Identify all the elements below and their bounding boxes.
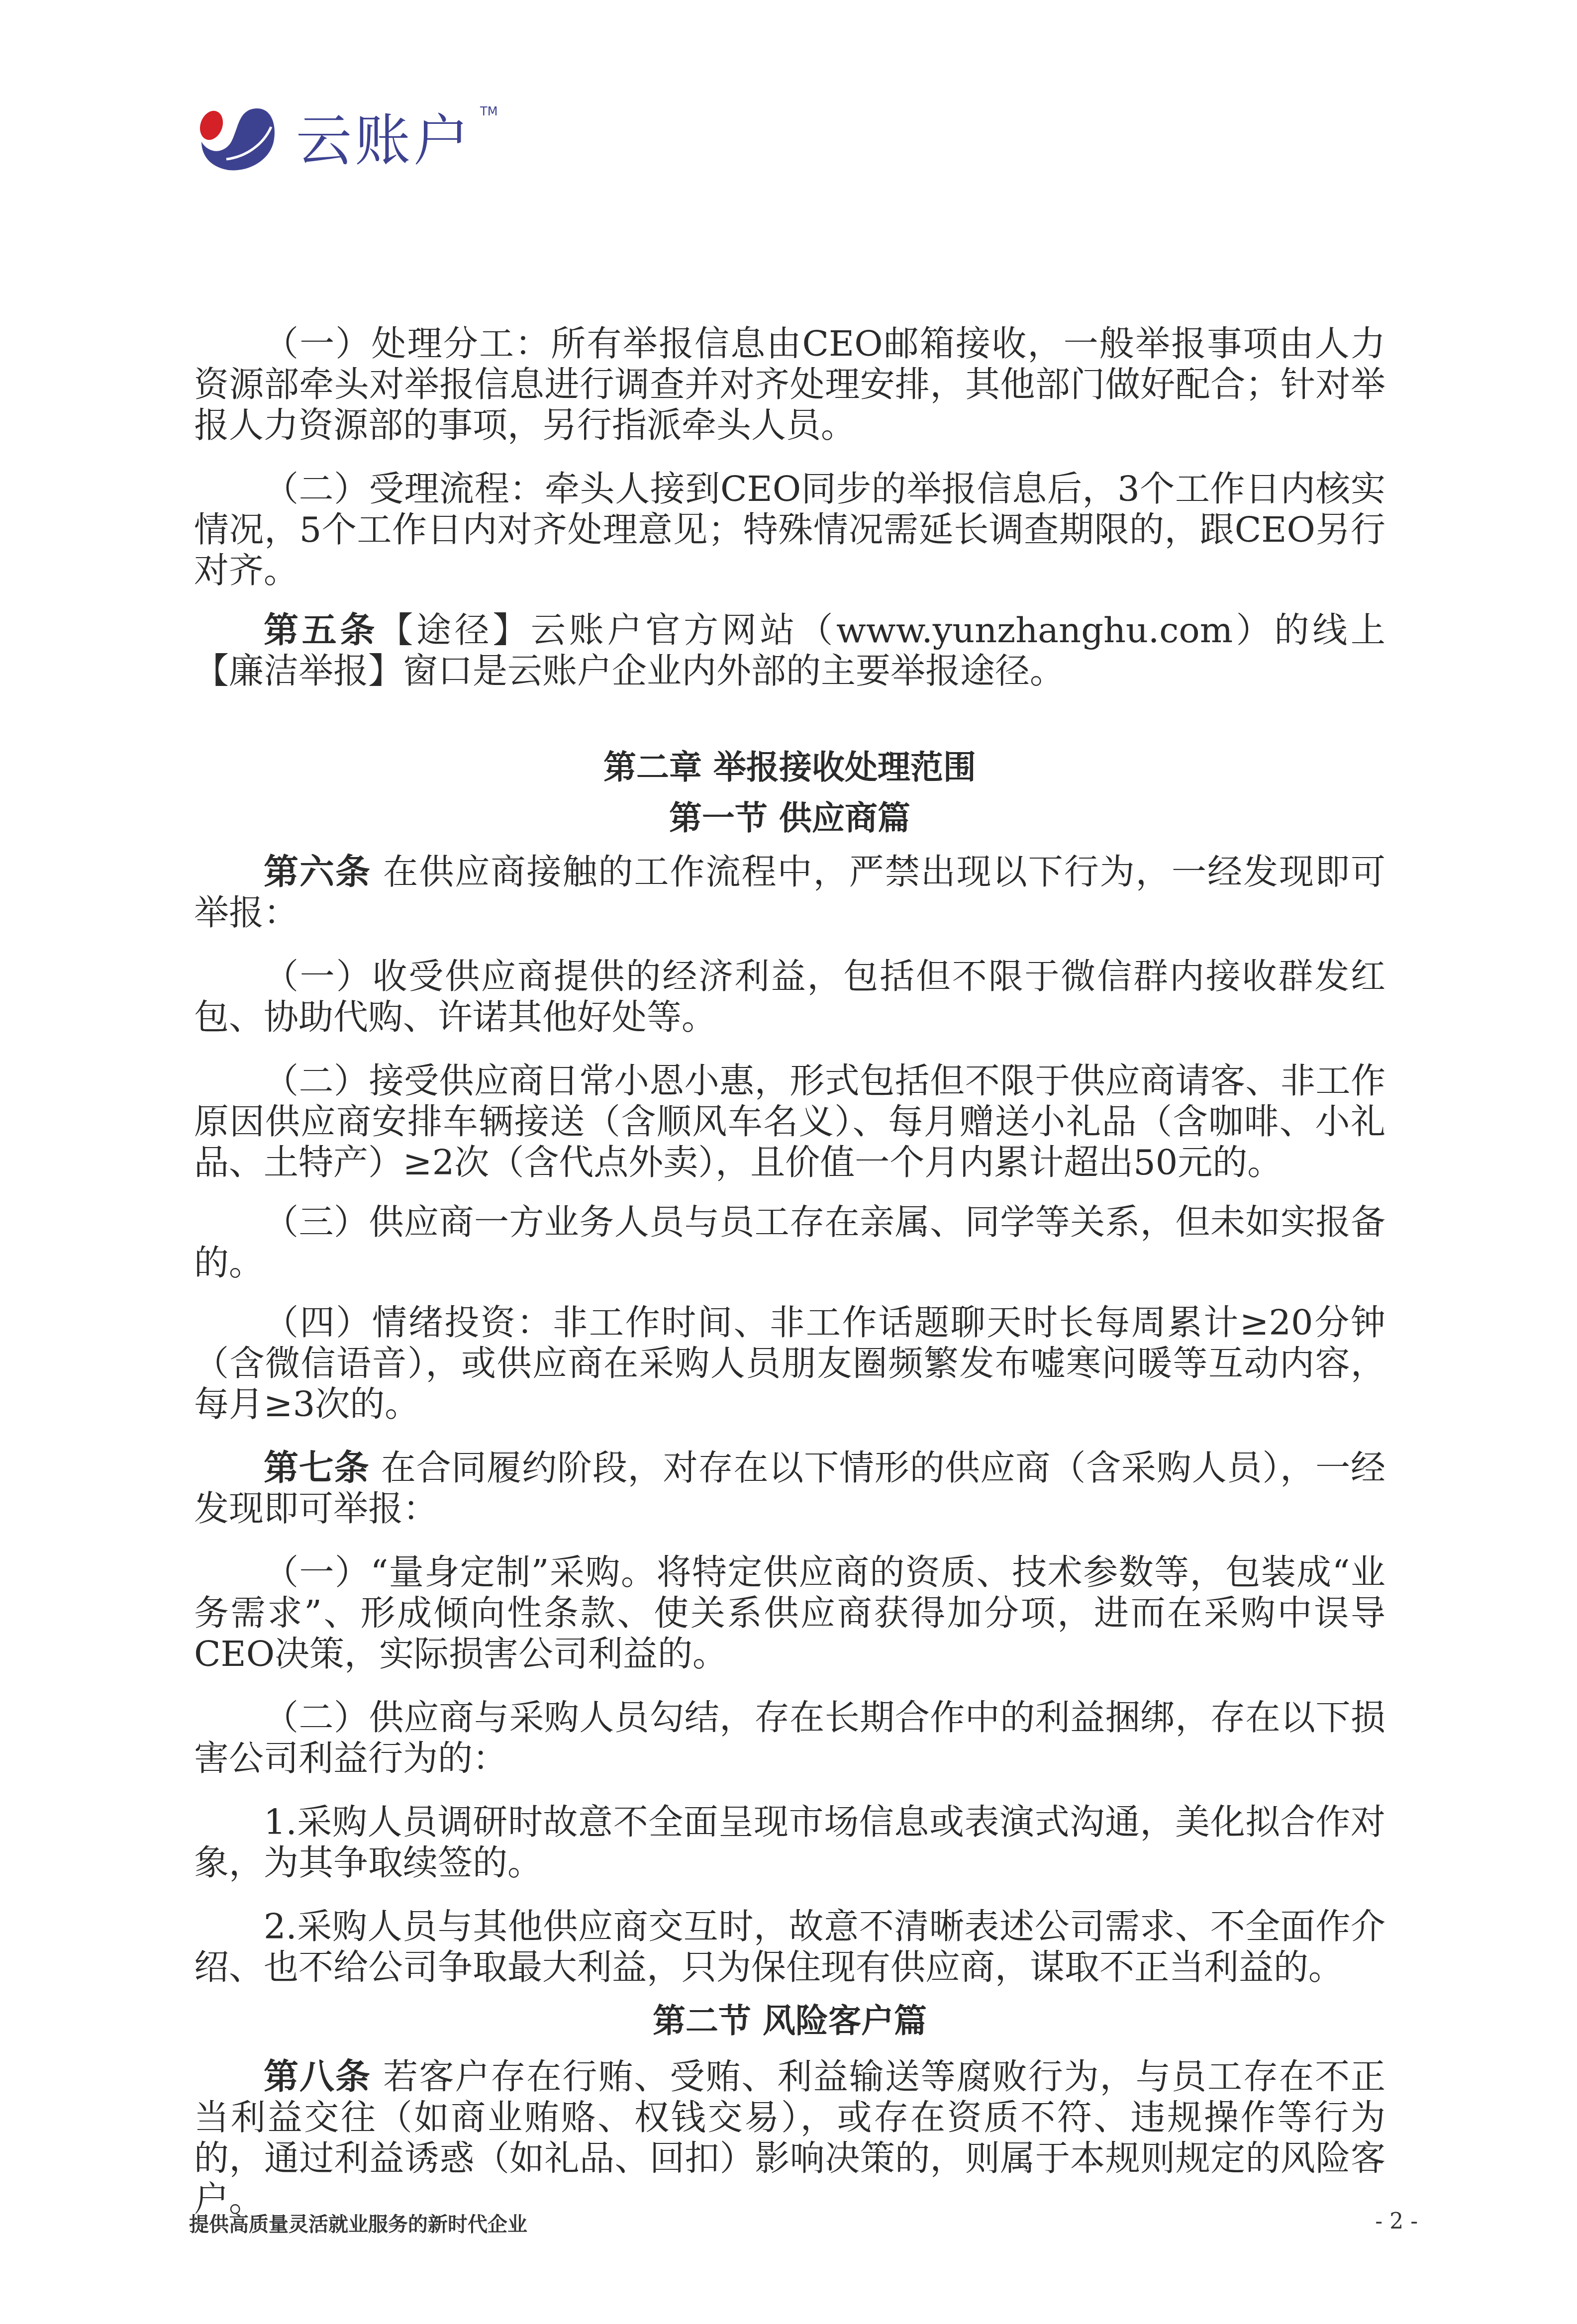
article-7-label: 第七条 <box>264 1448 370 1488</box>
article-7: 第七条 在合同履约阶段，对存在以下情形的供应商（含采购人员），一经发现即可举报： <box>194 1448 1385 1529</box>
article-6-text: 在供应商接触的工作流程中，严禁出现以下行为，一经发现即可举报： <box>194 852 1385 933</box>
paragraph-handling-division: （一）处理分工：所有举报信息由CEO邮箱接收，一般举报事项由人力资源部牵头对举报… <box>194 323 1385 446</box>
article-5-label: 第五条 <box>264 610 378 651</box>
article-6: 第六条 在供应商接触的工作流程中，严禁出现以下行为，一经发现即可举报： <box>194 852 1385 933</box>
article-7-item-2: （二）供应商与采购人员勾结，存在长期合作中的利益捆绑，存在以下损害公司利益行为的… <box>194 1697 1385 1779</box>
article-7-item-1: （一）“量身定制”采购。将特定供应商的资质、技术参数等，包装成“业务需求”、形成… <box>194 1552 1385 1674</box>
article-8-label: 第八条 <box>264 2056 371 2097</box>
article-7-subitem-1: 1.采购人员调研时故意不全面呈现市场信息或表演式沟通，美化拟合作对象，为其争取续… <box>194 1802 1385 1883</box>
article-8: 第八条 若客户存在行贿、受贿、利益输送等腐败行为，与员工存在不正当利益交往（如商… <box>194 2056 1385 2220</box>
article-7-subitem-2: 2.采购人员与其他供应商交互时，故意不清晰表述公司需求、不全面作介绍、也不给公司… <box>194 1906 1385 1988</box>
paragraph-acceptance-process: （二）受理流程：牵头人接到CEO同步的举报信息后，3个工作日内核实情况，5个工作… <box>194 469 1385 591</box>
article-5: 第五条【途径】云账户官方网站（www.yunzhanghu.com）的线上【廉洁… <box>194 610 1385 691</box>
footer-slogan: 提供高质量灵活就业服务的新时代企业 <box>189 2209 527 2237</box>
article-6-label: 第六条 <box>264 852 371 892</box>
logo-wordmark: 云账户 <box>296 113 472 169</box>
article-6-item-1: （一）收受供应商提供的经济利益，包括但不限于微信群内接收群发红包、协助代购、许诺… <box>194 956 1385 1038</box>
section-2-title: 第二节 风险客户篇 <box>194 2001 1385 2041</box>
page-number: - 2 - <box>1375 2209 1418 2234</box>
article-6-item-2: （二）接受供应商日常小恩小惠，形式包括但不限于供应商请客、非工作原因供应商安排车… <box>194 1061 1385 1183</box>
article-6-item-4: （四）情绪投资：非工作时间、非工作话题聊天时长每周累计≥20分钟（含微信语音），… <box>194 1302 1385 1425</box>
article-8-text: 若客户存在行贿、受贿、利益输送等腐败行为，与员工存在不正当利益交往（如商业贿赂、… <box>194 2056 1385 2220</box>
section-1-title: 第一节 供应商篇 <box>194 798 1385 839</box>
article-6-item-3: （三）供应商一方业务人员与员工存在亲属、同学等关系，但未如实报备的。 <box>194 1202 1385 1283</box>
trademark-symbol: TM <box>480 104 497 118</box>
logo-mark-icon <box>197 104 279 174</box>
company-logo: 云账户 TM <box>197 104 505 179</box>
chapter-2-title: 第二章 举报接收处理范围 <box>194 747 1385 788</box>
article-7-text: 在合同履约阶段，对存在以下情形的供应商（含采购人员），一经发现即可举报： <box>194 1448 1385 1529</box>
page-footer: 提供高质量灵活就业服务的新时代企业 - 2 - <box>189 2209 1418 2248</box>
document-body: （一）处理分工：所有举报信息由CEO邮箱接收，一般举报事项由人力资源部牵头对举报… <box>194 323 1385 2220</box>
